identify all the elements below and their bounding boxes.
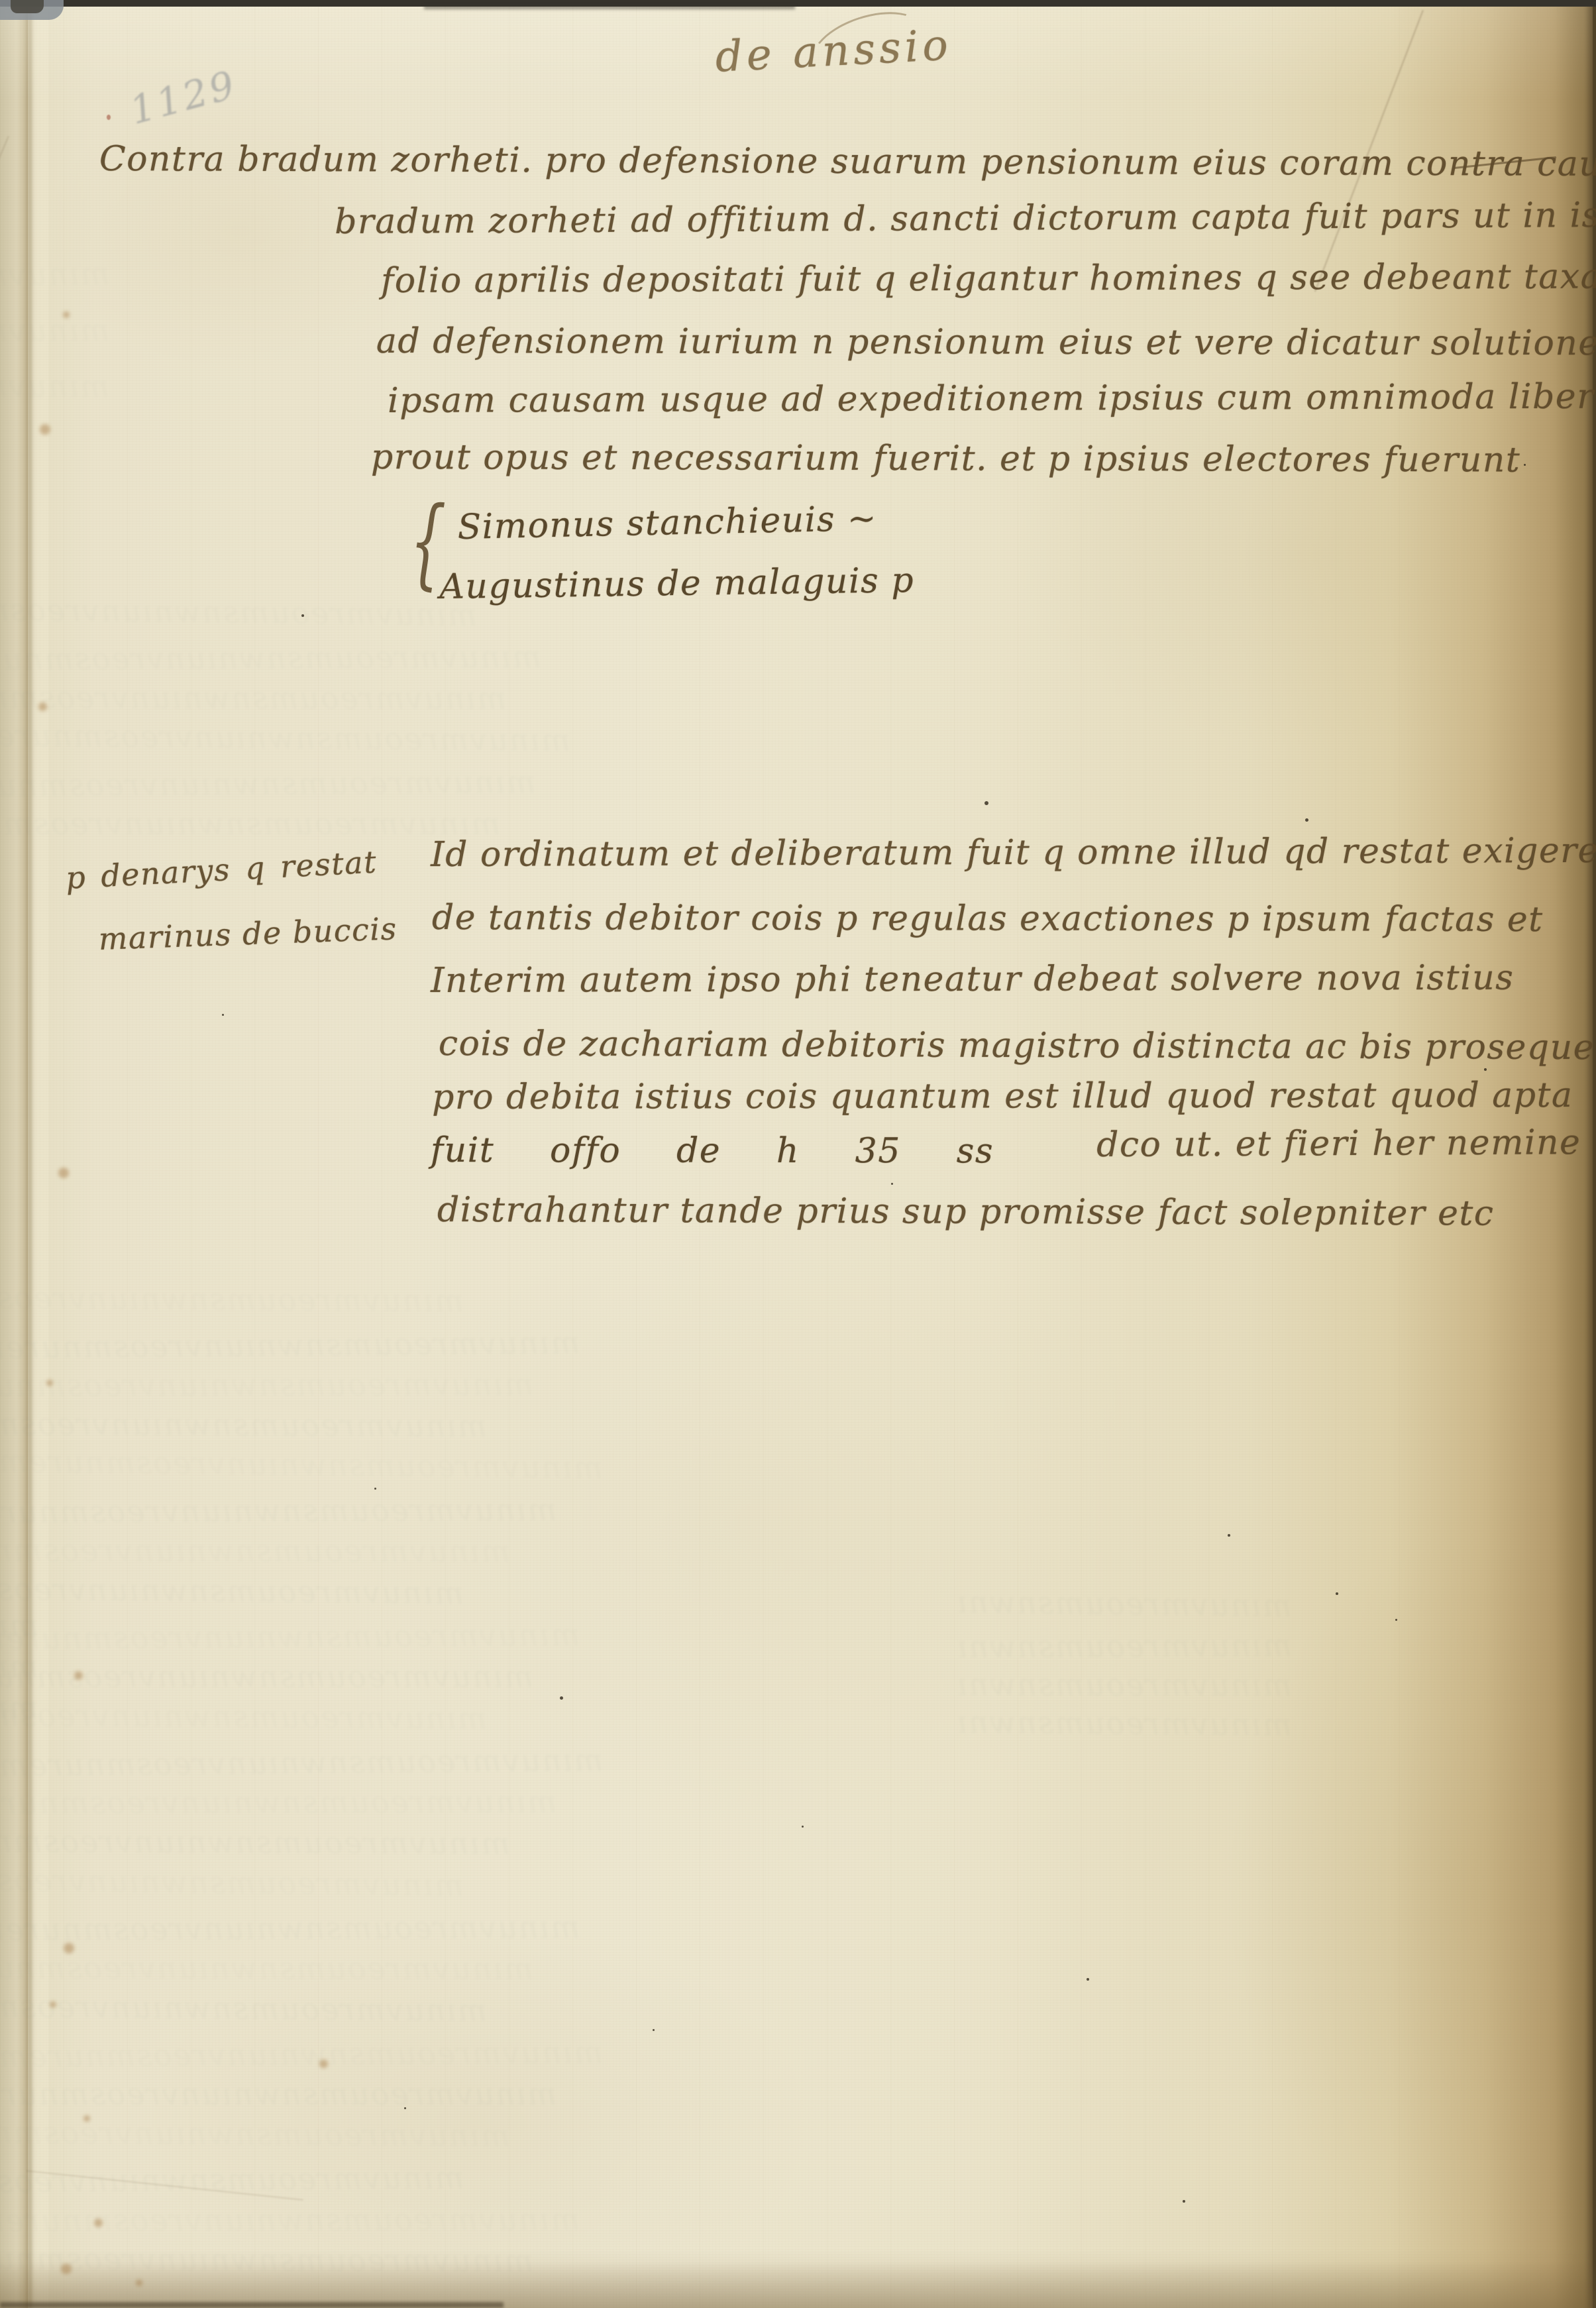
fox-spot <box>94 2219 103 2227</box>
bleed-through-line: mınuvmreoumsnwnıunvreosmnuremvnsoumenrmv… <box>0 1534 510 1566</box>
record-1-line: folio aprilis depositati fuit q eligantu… <box>381 258 1596 300</box>
bleed-through-line: mınuvmreoumsnwnıunvreosmnuremvnso <box>0 1572 464 1608</box>
bleed-through-line: mınuvmreoumsnw <box>0 258 109 292</box>
fox-spot <box>319 2060 328 2068</box>
bleed-through-line: mınuvmreoumsnwnıunvreosmnuremvnsoumenrmv… <box>0 2037 603 2075</box>
elector-name: Augustinus de malaguis p <box>439 562 914 606</box>
ink-speck <box>1228 1534 1230 1537</box>
bleed-through-line: mınuvmreou <box>0 1651 38 1682</box>
fox-spot <box>64 1943 74 1953</box>
record-2-sum-line: fuit offo de h 35 ss <box>431 1132 994 1171</box>
ink-speck <box>560 1696 563 1700</box>
bleed-through-line: mınuvmreoumsnwnı <box>957 1669 1292 1700</box>
ink-speck <box>653 2029 655 2031</box>
bleed-through-line: mınuvmreoumsnwnı <box>956 1707 1292 1740</box>
bleed-through-line: mınuvmreoumsnwnıunvreosmnuremvnsoumenrmv… <box>0 1694 487 1733</box>
fox-spot <box>58 1168 69 1178</box>
bleed-through-line: mınuvmreoumsnwnıunvreosmnuremvnsoumenrmv… <box>0 1494 557 1530</box>
ink-speck <box>1183 2200 1185 2203</box>
fox-spot <box>50 2001 56 2008</box>
bleed-through-line: mınuvmreoumsnwnıunvreosmnuremvnso <box>0 2204 580 2236</box>
ink-speck <box>1395 1619 1397 1621</box>
bleed-through-line: mınuvmreoumsnwnıunvreosmnuremvnsoumenrmv… <box>0 1951 533 1984</box>
ink-speck <box>374 1488 376 1490</box>
bleed-through-line: mınuvmreoumsnwnıunvreosmnuremvnsoumenrmv… <box>0 1912 580 1948</box>
ink-speck <box>1305 818 1308 822</box>
record-2-line: cois de zachariam debitoris magistro dis… <box>439 1025 1596 1068</box>
record-1-text: pro defensione suarum pensionum eius cor… <box>545 140 1596 185</box>
ink-speck <box>222 1014 224 1016</box>
bleed-through-line: mınuvmreoumsnwnıunvreosmnuremvnso <box>0 1369 533 1401</box>
bleed-through-line: mınuvmreoumsnwnıunvreosmnuremvnso <box>0 1989 487 2026</box>
bleed-through-line: mınuvmreoumsnwnı <box>956 1586 1292 1621</box>
bleed-through-line: mınuvmreoumsnwnıunvreosmnuremvnsoumenrmv… <box>0 2112 510 2151</box>
ink-speck <box>1087 1978 1089 1981</box>
bleed-through-line: mınuvmreoumsnwnıunvreosmnuremvnsoumenrmv… <box>0 641 541 677</box>
bleed-through-line: mınuvmreoumsnw <box>0 370 109 402</box>
ink-speck <box>802 1826 804 1828</box>
record-2-line: Id ordinatum et deliberatum fuit q omne … <box>431 832 1596 874</box>
record-2-line: pro debita istius cois quantum est illud… <box>432 1077 1573 1117</box>
bleed-through-line: mınuvmreoumsnwnıunvreosmnuremvnsoumenrmv… <box>0 1745 603 1784</box>
fox-spot <box>83 2115 90 2122</box>
bleed-through-line: mınuvmreou <box>0 1610 38 1642</box>
fox-spot <box>63 311 70 318</box>
bleed-through-line: mınuvmreoumsnwnıunvreosmnuremvnsoumenrmv… <box>0 1823 510 1859</box>
record-2-line: de tantis debitor cois p regulas exactio… <box>432 899 1544 939</box>
fox-spot <box>61 2264 72 2274</box>
bleed-through-line: mınuvmreoumsnwnıunvreosmnuremvnsoumenrmv… <box>0 1620 580 1657</box>
fox-spot <box>38 702 47 711</box>
bleed-through-line: mınuvmreoumsnwnı <box>957 1630 1292 1662</box>
record-1-line: bradum zorheti ad offitium d. sancti dic… <box>335 197 1596 241</box>
record-1-line: ipsam causam usque ad expeditionem ipsiu… <box>388 377 1596 420</box>
manuscript-page: mınuvmreoumsnwnıunvreosmnuremvnsoumenrmv… <box>0 0 1596 2308</box>
bleed-through-line: mınuvmreou <box>0 1691 38 1723</box>
bleed-through-line: mınuvmreoumsnwnıunvreosmnuremvnsoumenrmv… <box>0 681 506 714</box>
ink-speck <box>984 801 988 805</box>
record-2-line: dco ut. et fieri her nemine <box>1096 1124 1581 1164</box>
bleed-through-line: mınuvmreoumsnwnıunvreosmnuremvnsoumenrmv <box>0 1861 464 1900</box>
ink-speck <box>1336 1592 1338 1595</box>
record-1-line: Contra bradum zorheti. pro defensione su… <box>99 140 1596 184</box>
fox-spot <box>74 1671 83 1680</box>
record-2-line: distrahantur tande prius sup promisse fa… <box>437 1191 1495 1233</box>
ink-speck <box>1524 464 1526 466</box>
ink-speck <box>891 1183 893 1185</box>
bleed-through-line: mınuvmreoumsnwnıunvreosmnuremvnsoumenrmv <box>0 1443 603 1483</box>
record-1-line: prout opus et necessarium fuerit. et p i… <box>371 439 1520 480</box>
ink-speck <box>301 614 304 617</box>
fox-spot <box>40 424 50 435</box>
bleed-through-line: mınuvmreoumsnwnıunvreosmnuremvnsoumenrmv… <box>0 1327 580 1366</box>
bleed-through-line: mınuvmreoumsnwnıunvreosmnuremvnsoumenrmv… <box>0 2240 533 2276</box>
ink-speck <box>1484 1068 1487 1071</box>
record-1-line: ad defensionem iurium n pensionum eius e… <box>376 323 1596 362</box>
bleed-through-line: mınuvmreoumsnwnıunvreosmnuremvnsoumenrmv… <box>0 767 535 803</box>
bleed-through-line: mınuvmreoumsnwnıunvreosmnuremvnsoumenrmv… <box>0 1277 464 1316</box>
bleed-through-line: mınuvmreoumsnwnıunvreosmnuremvnso <box>0 1786 557 1818</box>
elector-name: Simonus stanchieuis ~ <box>457 500 878 547</box>
bleed-through-line: mınuvmreoumsnwnıunvreosmnuremvnsoumenrmv… <box>0 2162 464 2201</box>
ink-speck <box>404 2107 406 2109</box>
bleed-through-line: mınuvmreoumsnw <box>0 315 109 346</box>
bleed-through-line: mınuvmreoumsnwnıunvreosmnuremvnsoumenrmv… <box>0 586 477 630</box>
bleed-through-line: mınuvmreoumsnwnıunvreosmnuremvnsoumenrmv… <box>0 808 500 839</box>
record-1-opening: Contra bradum zorheti. <box>99 139 533 180</box>
bleed-through-line: mınuvmreoumsnwnıunvreosmnuremvnsoumenrmv… <box>0 715 570 755</box>
record-2-line: Interim autem ipso phi teneatur debeat s… <box>431 960 1514 1000</box>
bleed-through-line: mınuvmreoumsnwnıunvreosmnuremvnsoumenrmv <box>0 2079 557 2109</box>
fox-spot <box>136 2280 142 2286</box>
bleed-through-line: mınuvmreoumsnwnıunvreosmnuremvnsoumenrmv… <box>0 1405 487 1441</box>
fox-spot <box>46 1380 53 1386</box>
